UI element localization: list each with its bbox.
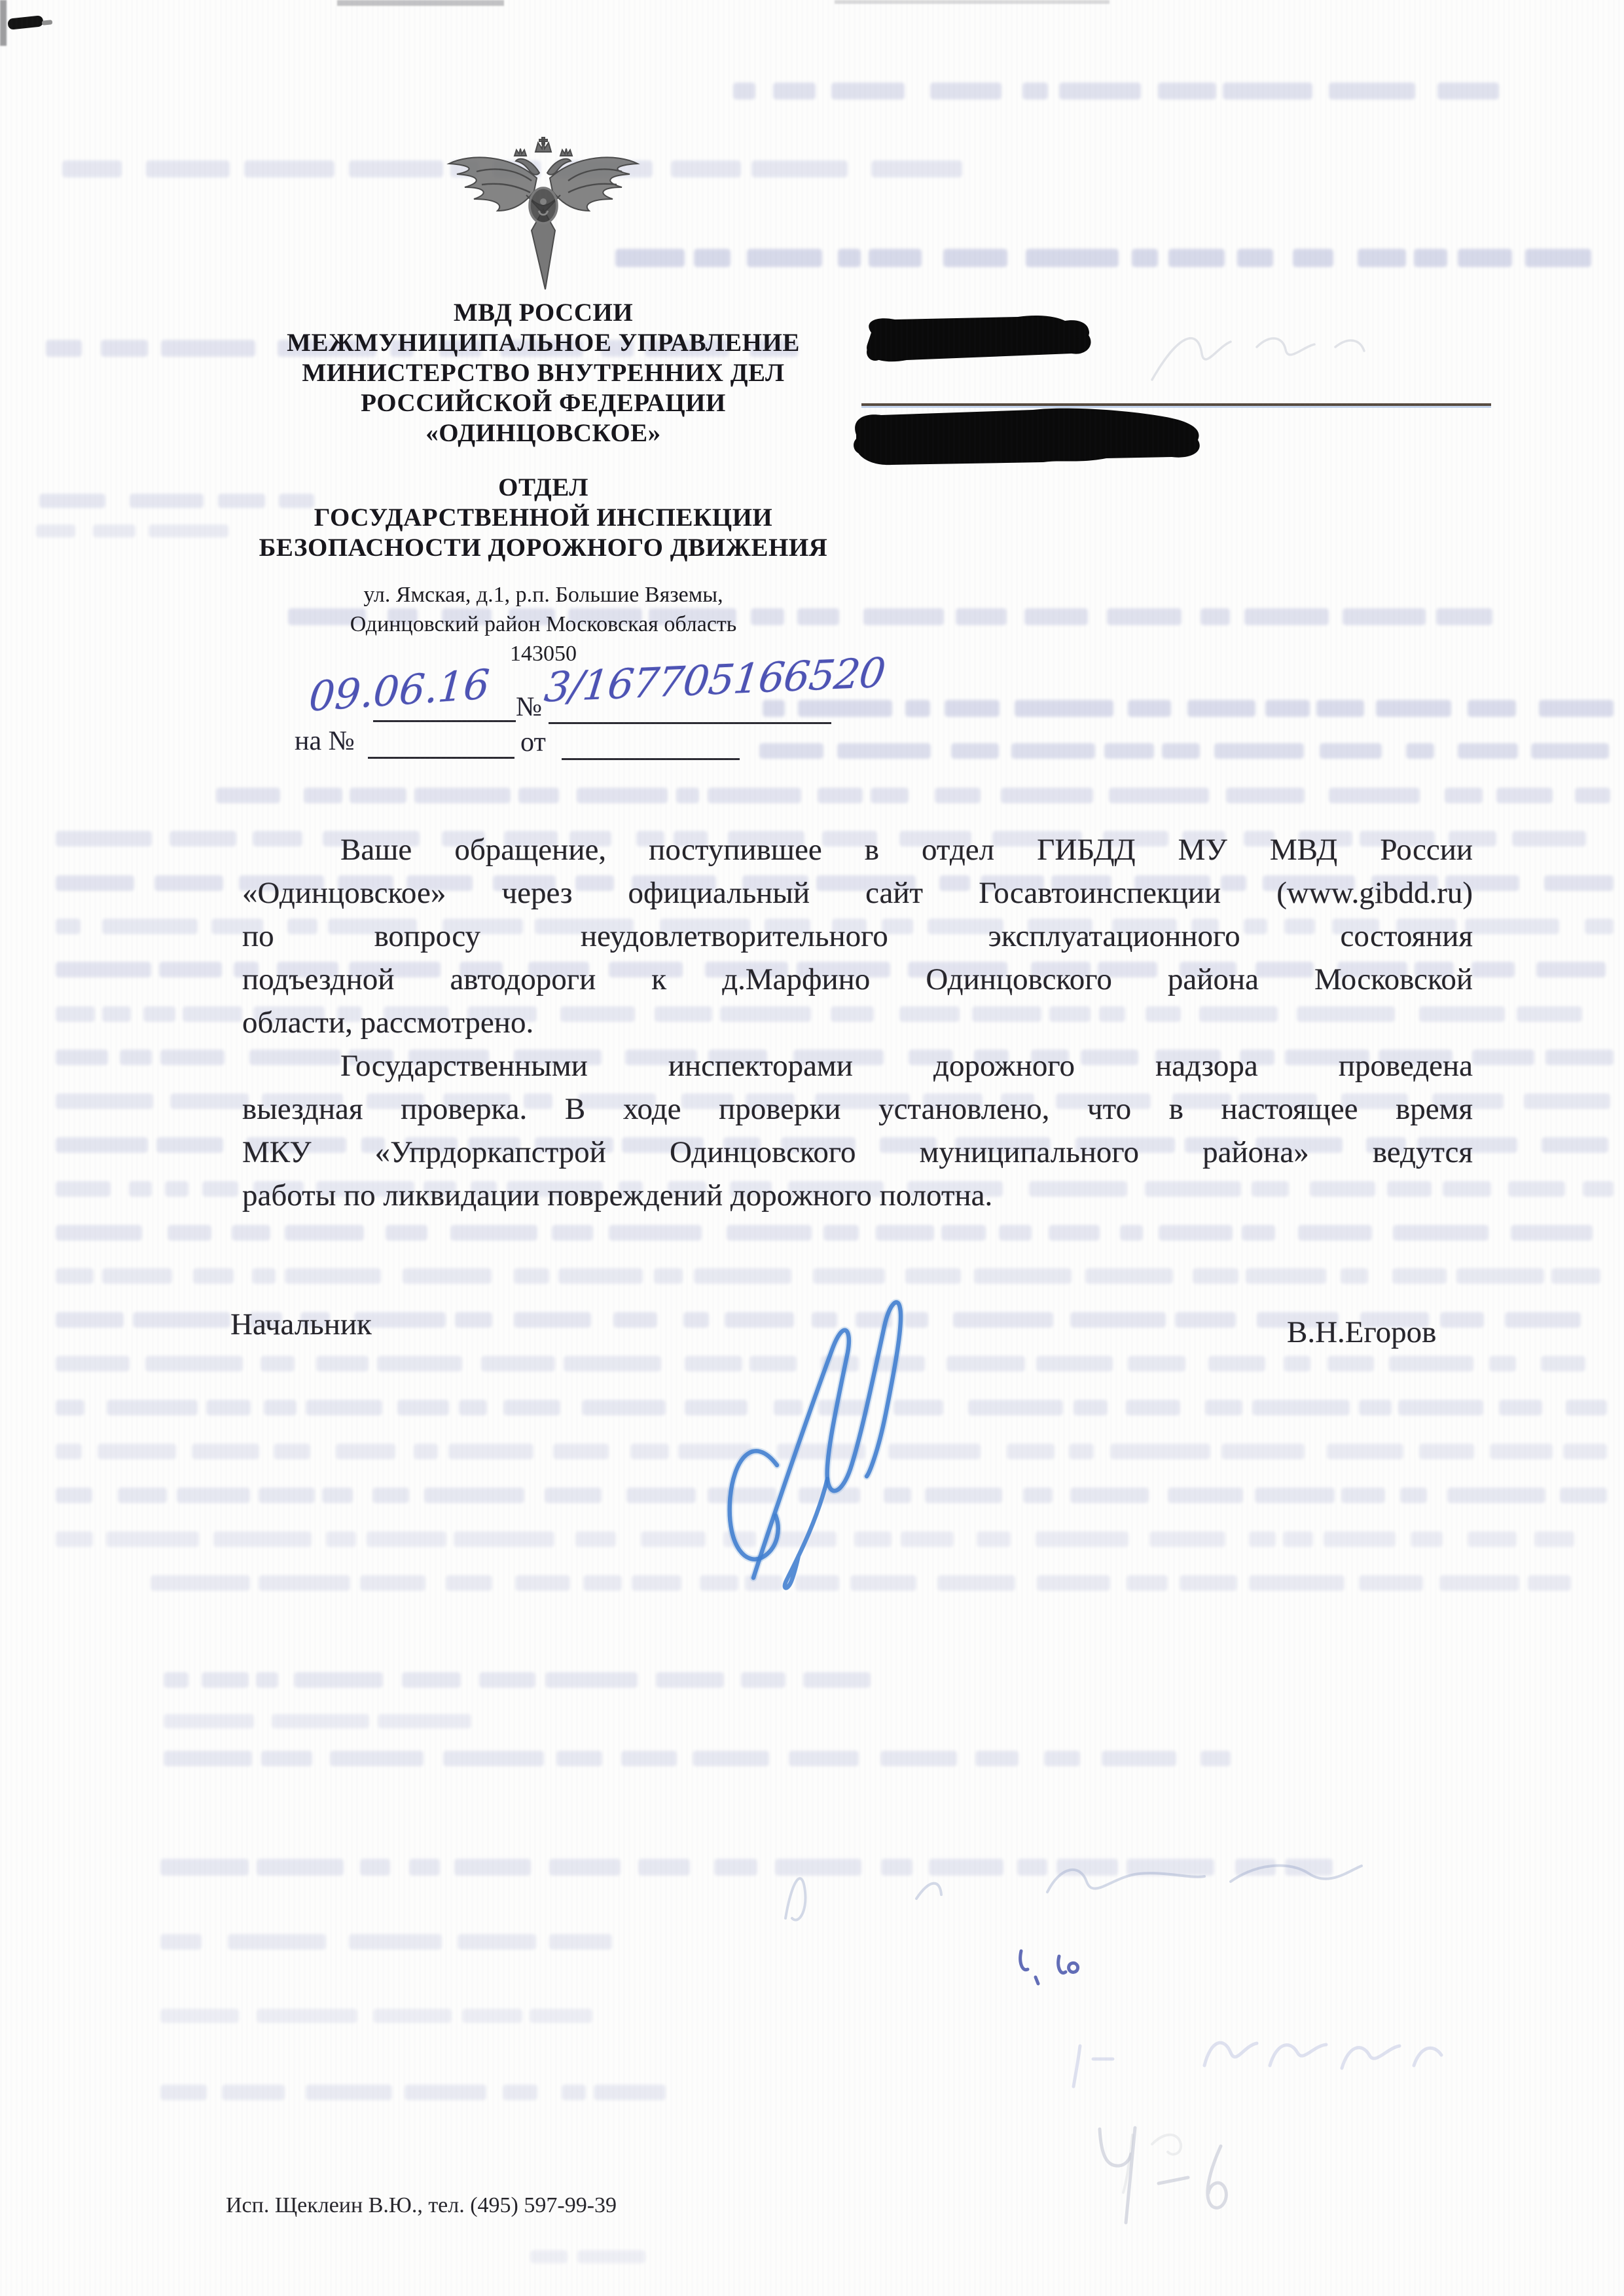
- body-line: выездная проверка. В ходе проверки устан…: [242, 1087, 1473, 1131]
- handwritten-signature: [691, 1269, 939, 1596]
- letterhead-org-line: МИНИСТЕРСТВО ВНУТРЕННИХ ДЕЛ: [209, 358, 877, 388]
- letterhead-address-line: Одинцовский район Московская область: [209, 610, 877, 639]
- incoming-number-label: на №: [295, 725, 355, 757]
- redaction-box-2: [850, 405, 1208, 470]
- letter-body: Ваше обращение, поступившее в отдел ГИБД…: [242, 828, 1473, 1217]
- letterhead-department: ОТДЕЛГОСУДАРСТВЕННОЙ ИНСПЕКЦИИБЕЗОПАСНОС…: [209, 473, 877, 563]
- body-line: Государственными инспекторами дорожного …: [242, 1044, 1473, 1087]
- letterhead-org-line: МВД РОССИИ: [209, 298, 877, 328]
- bleedthrough-line: [160, 2081, 704, 2104]
- letterhead-dept-line: ОТДЕЛ: [209, 473, 877, 503]
- incoming-date-label: от: [520, 727, 546, 758]
- bleedthrough-line: [733, 77, 1532, 105]
- ink-specks: [1008, 1938, 1100, 1990]
- body-line: подъездной автодороги к д.Марфино Одинцо…: [242, 958, 1473, 1001]
- redaction-box-1: [861, 313, 1098, 371]
- faint-pencil-scribble: [1139, 308, 1388, 406]
- scanned-letter-page: МВД РОССИИМЕЖМУНИЦИПАЛЬНОЕ УПРАВЛЕНИЕМИН…: [0, 0, 1624, 2296]
- incoming-date-underline: [562, 758, 740, 760]
- letterhead-dept-line: ГОСУДАРСТВЕННОЙ ИНСПЕКЦИИ: [209, 503, 877, 533]
- bleedthrough-line: [216, 783, 1610, 808]
- paragraph-1: Ваше обращение, поступившее в отдел ГИБД…: [242, 828, 1473, 1044]
- scan-artifact-left-edge: [0, 0, 7, 46]
- signer-title: Начальник: [230, 1307, 372, 1342]
- executor-contact: Исп. Щеклеин В.Ю., тел. (495) 597-99-39: [226, 2193, 617, 2218]
- letterhead-org-line: МЕЖМУНИЦИПАЛЬНОЕ УПРАВЛЕНИЕ: [209, 328, 877, 358]
- letterhead-organization: МВД РОССИИМЕЖМУНИЦИПАЛЬНОЕ УПРАВЛЕНИЕМИН…: [209, 298, 877, 448]
- bleedthrough-line: [164, 1668, 871, 1692]
- date-underline: [373, 720, 516, 722]
- letterhead-org-line: «ОДИНЦОВСКОЕ»: [209, 418, 877, 448]
- faint-handwriting-row: [1067, 2026, 1486, 2098]
- bleedthrough-line: [615, 244, 1610, 272]
- bleedthrough-line: [164, 1747, 1231, 1770]
- incoming-number-underline: [368, 757, 514, 759]
- scan-artifact-top-smudge: [835, 0, 1110, 4]
- bleedthrough-line: [530, 2247, 687, 2267]
- body-line: «Одинцовское» через официальный сайт Гос…: [242, 871, 1473, 915]
- number-underline: [549, 722, 831, 724]
- body-line: по вопросу неудовлетворительного эксплуа…: [242, 915, 1473, 958]
- bleedthrough-line: [56, 1220, 1614, 1245]
- body-line: МКУ «Упрдоркапстрой Одинцовского муницип…: [242, 1131, 1473, 1174]
- body-line: Ваше обращение, поступившее в отдел ГИБД…: [242, 828, 1473, 871]
- faint-handwriting-notes: [772, 1840, 1375, 1951]
- bleedthrough-line: [763, 695, 1614, 721]
- body-line: работы по ликвидации повреждений дорожно…: [242, 1174, 1473, 1217]
- signer-name: В.Н.Егоров: [1287, 1315, 1436, 1350]
- bleedthrough-line: [160, 2005, 592, 2027]
- faint-pencil-stroke: [1113, 2124, 1257, 2203]
- paragraph-2: Государственными инспекторами дорожного …: [242, 1044, 1473, 1217]
- letterhead-dept-line: БЕЗОПАСНОСТИ ДОРОЖНОГО ДВИЖЕНИЯ: [209, 533, 877, 563]
- bleedthrough-line: [759, 738, 1614, 763]
- mvd-double-eagle-emblem-icon: [419, 132, 668, 296]
- bleedthrough-line: [160, 1930, 612, 1954]
- body-line: области, рассмотрено.: [242, 1001, 1473, 1044]
- letterhead-address-line: ул. Ямская, д.1, р.п. Большие Вяземы,: [209, 580, 877, 610]
- scan-artifact-top-smudge: [337, 0, 504, 6]
- bleedthrough-line: [164, 1710, 471, 1732]
- letterhead-org-line: РОССИЙСКОЙ ФЕДЕРАЦИИ: [209, 388, 877, 418]
- number-symbol-label: №: [516, 691, 542, 723]
